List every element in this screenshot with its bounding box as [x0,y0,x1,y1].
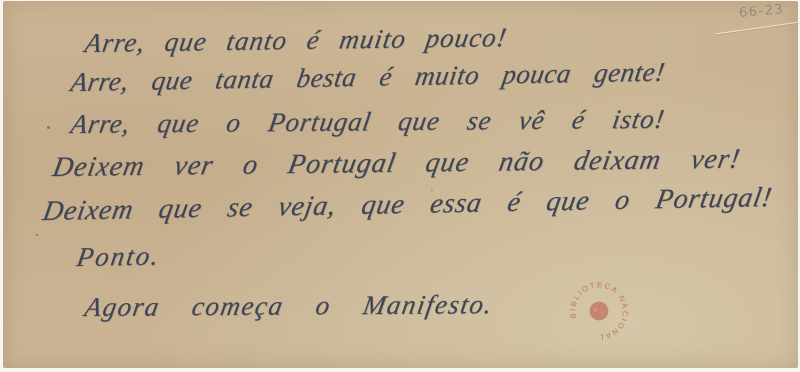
manuscript-line-7: Agora começa o Manifesto. [82,289,495,323]
scan-background: 66-23 Arre, que tanto é muito pouco! Arr… [0,0,800,372]
manuscript-line-1: Arre, que tanto é muito pouco! [82,22,509,59]
manuscript-line-2: Arre, que tanta besta é muito pouca gent… [69,57,668,98]
manuscript-line-5: Deixem que se veja, que essa é que o Por… [40,182,775,228]
manuscript-paper: 66-23 Arre, que tanto é muito pouco! Arr… [3,1,798,368]
manuscript-line-3: Arre, que o Portugal que se vê é isto! [68,104,667,140]
library-stamp-icon: BIBLIOTECA NACIONAL [551,263,646,358]
catalog-number-annotation: 66-23 [738,2,784,21]
paper-crease [715,21,800,35]
manuscript-line-4: Deixem ver o Portugal que não deixam ver… [50,144,743,184]
manuscript-line-6: Ponto. [75,241,163,274]
paper-speck [431,189,433,191]
paper-speck [36,234,38,236]
paper-speck [47,126,50,129]
